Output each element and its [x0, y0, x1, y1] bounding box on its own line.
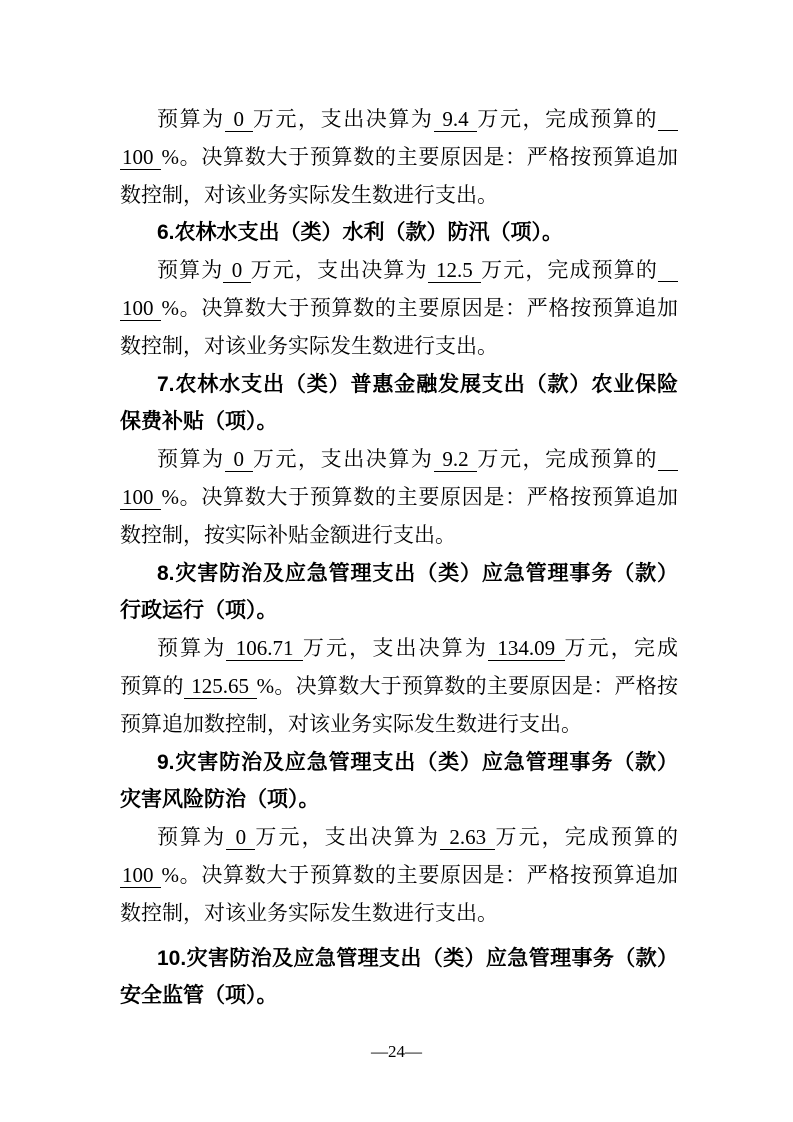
section-heading: 6.农林水支出（类）水利（款）防汛（项）。 — [120, 214, 678, 252]
text-segment: 数控制，对该业务实际发生数进行支出。 — [120, 334, 498, 358]
text-segment: 数控制，按实际补贴金额进行支出。 — [120, 523, 456, 547]
body-line: 预算为 0 万元，支出决算为 9.4 万元，完成预算的 — [120, 101, 678, 139]
text-segment: 万元，完成预算的 — [477, 107, 658, 131]
text-segment: 万元，完成 — [565, 636, 679, 660]
budget-value: 100 — [120, 296, 161, 321]
text-segment: 万元，支出决算为 — [251, 258, 428, 282]
section-heading: 10.灾害防治及应急管理支出（类）应急管理事务（款） — [120, 940, 678, 978]
budget-value: 134.09 — [488, 636, 565, 661]
section-heading-text: 安全监管（项）。 — [120, 984, 278, 1007]
body-line: 预算为 106.71 万元，支出决算为 134.09 万元，完成 — [120, 630, 678, 668]
section-heading: 7.农林水支出（类）普惠金融发展支出（款）农业保险 — [120, 366, 678, 404]
body-line: 预算的 125.65 %。决算数大于预算数的主要原因是：严格按 — [120, 668, 678, 706]
budget-value: 9.2 — [434, 447, 478, 472]
underline-blank — [658, 465, 678, 471]
section-heading: 保费补贴（项）。 — [120, 403, 678, 441]
budget-value: 2.63 — [440, 825, 495, 850]
section-heading-text: 8.灾害防治及应急管理支出（类）应急管理事务（款） — [157, 562, 678, 585]
text-segment: %。决算数大于预算数的主要原因是：严格按预算追加 — [161, 863, 678, 887]
text-segment: 预算的 — [120, 674, 184, 698]
body-line: 预算为 0 万元，支出决算为 9.2 万元，完成预算的 — [120, 441, 678, 479]
text-segment: 预算为 — [157, 258, 223, 282]
document-body: 预算为 0 万元，支出决算为 9.4 万元，完成预算的 100 %。决算数大于预… — [120, 101, 678, 1015]
budget-value: 100 — [120, 485, 161, 510]
section-heading: 9.灾害防治及应急管理支出（类）应急管理事务（款） — [120, 744, 678, 782]
section-heading-text: 7.农林水支出（类）普惠金融发展支出（款）农业保险 — [157, 373, 678, 396]
budget-value: 0 — [225, 107, 253, 132]
body-line: 100 %。决算数大于预算数的主要原因是：严格按预算追加 — [120, 479, 678, 517]
section-heading-text: 6.农林水支出（类）水利（款）防汛（项）。 — [157, 221, 563, 244]
budget-value: 100 — [120, 145, 161, 170]
text-segment: %。决算数大于预算数的主要原因是：严格按 — [257, 674, 678, 698]
text-segment: 万元，支出决算为 — [253, 107, 434, 131]
body-line: 数控制，对该业务实际发生数进行支出。 — [120, 328, 678, 366]
text-segment: 万元，支出决算为 — [303, 636, 488, 660]
section-heading: 灾害风险防治（项）。 — [120, 781, 678, 819]
section-heading: 8.灾害防治及应急管理支出（类）应急管理事务（款） — [120, 555, 678, 593]
text-segment: 万元，支出决算为 — [253, 447, 434, 471]
text-segment: 数控制，对该业务实际发生数进行支出。 — [120, 901, 498, 925]
text-segment: 数控制，对该业务实际发生数进行支出。 — [120, 183, 498, 207]
page-number: —24— — [371, 1042, 422, 1061]
budget-value: 0 — [226, 825, 255, 850]
document-page: 预算为 0 万元，支出决算为 9.4 万元，完成预算的 100 %。决算数大于预… — [0, 0, 793, 1122]
budget-value: 125.65 — [184, 674, 257, 699]
section-heading-text: 9.灾害防治及应急管理支出（类）应急管理事务（款） — [157, 751, 678, 774]
body-line: 预算为 0 万元，支出决算为 12.5 万元，完成预算的 — [120, 252, 678, 290]
budget-value: 0 — [223, 258, 250, 283]
text-segment: 万元，完成预算的 — [495, 825, 678, 849]
budget-value: 100 — [120, 863, 161, 888]
section-heading-text: 10.灾害防治及应急管理支出（类）应急管理事务（款） — [157, 947, 678, 970]
section-heading-text: 灾害风险防治（项）。 — [120, 788, 320, 811]
underline-blank — [658, 125, 678, 131]
body-line: 数控制，对该业务实际发生数进行支出。 — [120, 177, 678, 215]
text-segment: 万元，完成预算的 — [481, 258, 658, 282]
text-segment: 预算为 — [157, 447, 225, 471]
page-footer: —24— — [0, 1042, 793, 1062]
body-line: 100 %。决算数大于预算数的主要原因是：严格按预算追加 — [120, 857, 678, 895]
body-line: 预算为 0 万元，支出决算为 2.63 万元，完成预算的 — [120, 819, 678, 857]
section-heading: 安全监管（项）。 — [120, 977, 678, 1015]
text-segment: %。决算数大于预算数的主要原因是：严格按预算追加 — [161, 296, 678, 320]
text-segment: 预算追加数控制，对该业务实际发生数进行支出。 — [120, 712, 582, 736]
text-segment: %。决算数大于预算数的主要原因是：严格按预算追加 — [161, 145, 678, 169]
section-heading-text: 行政运行（项）。 — [120, 599, 278, 622]
budget-value: 12.5 — [428, 258, 482, 283]
text-segment: 预算为 — [157, 107, 225, 131]
budget-value: 9.4 — [434, 107, 478, 132]
section-heading: 行政运行（项）。 — [120, 592, 678, 630]
body-line: 100 %。决算数大于预算数的主要原因是：严格按预算追加 — [120, 290, 678, 328]
text-segment: 万元，完成预算的 — [477, 447, 658, 471]
budget-value: 106.71 — [226, 636, 303, 661]
underline-blank — [658, 276, 678, 282]
body-line: 100 %。决算数大于预算数的主要原因是：严格按预算追加 — [120, 139, 678, 177]
section-heading-text: 保费补贴（项）。 — [120, 410, 278, 433]
body-line: 数控制，对该业务实际发生数进行支出。 — [120, 895, 678, 933]
body-line: 预算追加数控制，对该业务实际发生数进行支出。 — [120, 706, 678, 744]
text-segment: 预算为 — [157, 825, 226, 849]
body-line: 数控制，按实际补贴金额进行支出。 — [120, 517, 678, 555]
text-segment: 预算为 — [157, 636, 226, 660]
text-segment: %。决算数大于预算数的主要原因是：严格按预算追加 — [161, 485, 678, 509]
text-segment: 万元，支出决算为 — [255, 825, 440, 849]
budget-value: 0 — [225, 447, 253, 472]
